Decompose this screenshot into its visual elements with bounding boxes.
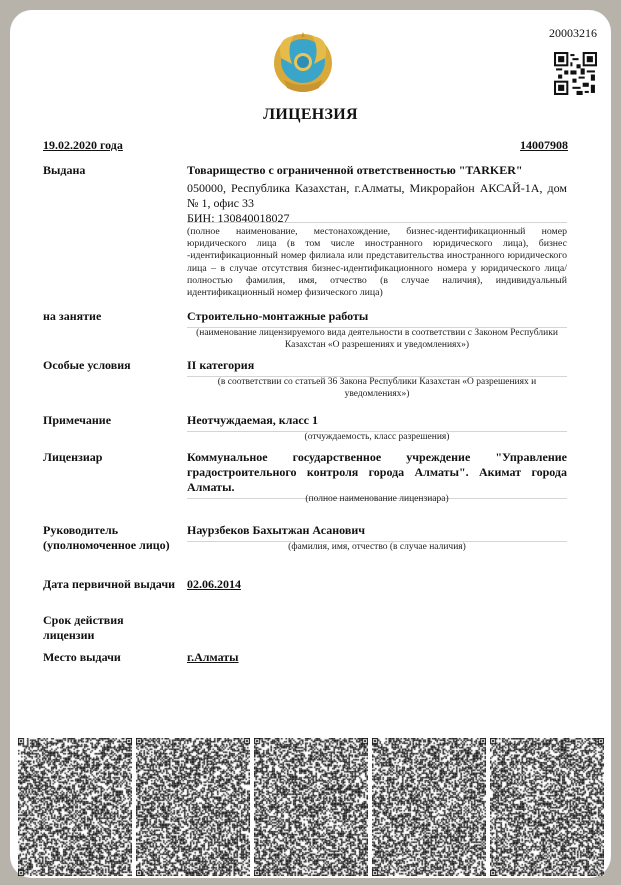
special-conditions-hint: (в соответствии со статьей 36 Закона Рес… [187, 376, 567, 400]
qr-code-icon [136, 738, 250, 876]
place-wrap: г.Алматы [187, 650, 567, 665]
qr-code-row [18, 738, 604, 876]
note-value: Неотчуждаемая, класс 1 [187, 413, 567, 432]
first-issue-date-wrap: 02.06.2014 [187, 577, 567, 592]
activity-value: Строительно-монтажные работы [187, 309, 567, 328]
qr-code-icon [490, 738, 604, 876]
licensor-label: Лицензиар [43, 450, 102, 465]
place-value: г.Алматы [187, 650, 239, 664]
note-hint: (отчуждаемость, класс разрешения) [187, 431, 567, 443]
issued-to-bin: БИН: 130840018027 [187, 211, 567, 226]
special-conditions-label: Особые условия [43, 358, 131, 373]
document-title: ЛИЦЕНЗИЯ [10, 106, 611, 124]
issued-to-hint: (полное наименование, местонахождение, б… [187, 226, 567, 299]
qr-code-icon [554, 52, 597, 95]
note-label: Примечание [43, 413, 111, 428]
special-conditions-value: II категория [187, 358, 567, 377]
activity-hint: (наименование лицензируемого вида деятел… [187, 327, 567, 351]
issued-to-block: Товарищество с ограниченной ответственно… [187, 163, 567, 226]
issue-date: 19.02.2020 года [43, 138, 123, 153]
license-number: 14007908 [520, 138, 568, 153]
activity-label: на занятие [43, 309, 101, 324]
validity-label: Срок действия лицензии [43, 613, 143, 643]
issued-to-label: Выдана [43, 163, 85, 178]
issued-to-address: 050000, Республика Казахстан, г.Алматы, … [187, 181, 567, 211]
issued-to-name: Товарищество с ограниченной ответственно… [187, 163, 567, 178]
document-number: 20003216 [549, 26, 597, 41]
qr-code-icon [254, 738, 368, 876]
head-label: Руководитель (уполномоченное лицо) [43, 523, 183, 553]
licensor-hint: (полное наименование лицензиара) [187, 493, 567, 505]
first-issue-date-label: Дата первичной выдачи [43, 577, 175, 592]
qr-code-icon [18, 738, 132, 876]
place-label: Место выдачи [43, 650, 121, 665]
license-page: 20003216 ЛИЦЕНЗИЯ 19.02.2020 года 140079… [10, 10, 611, 878]
qr-code-icon [372, 738, 486, 876]
first-issue-date-value: 02.06.2014 [187, 577, 241, 591]
head-value: Наурзбеков Бахытжан Асанович [187, 523, 567, 542]
licensor-value: Коммунальное государственное учреждение … [187, 450, 567, 499]
state-emblem-icon [272, 28, 334, 98]
divider [187, 222, 567, 223]
head-hint: (фамилия, имя, отчество (в случае наличи… [187, 541, 567, 553]
